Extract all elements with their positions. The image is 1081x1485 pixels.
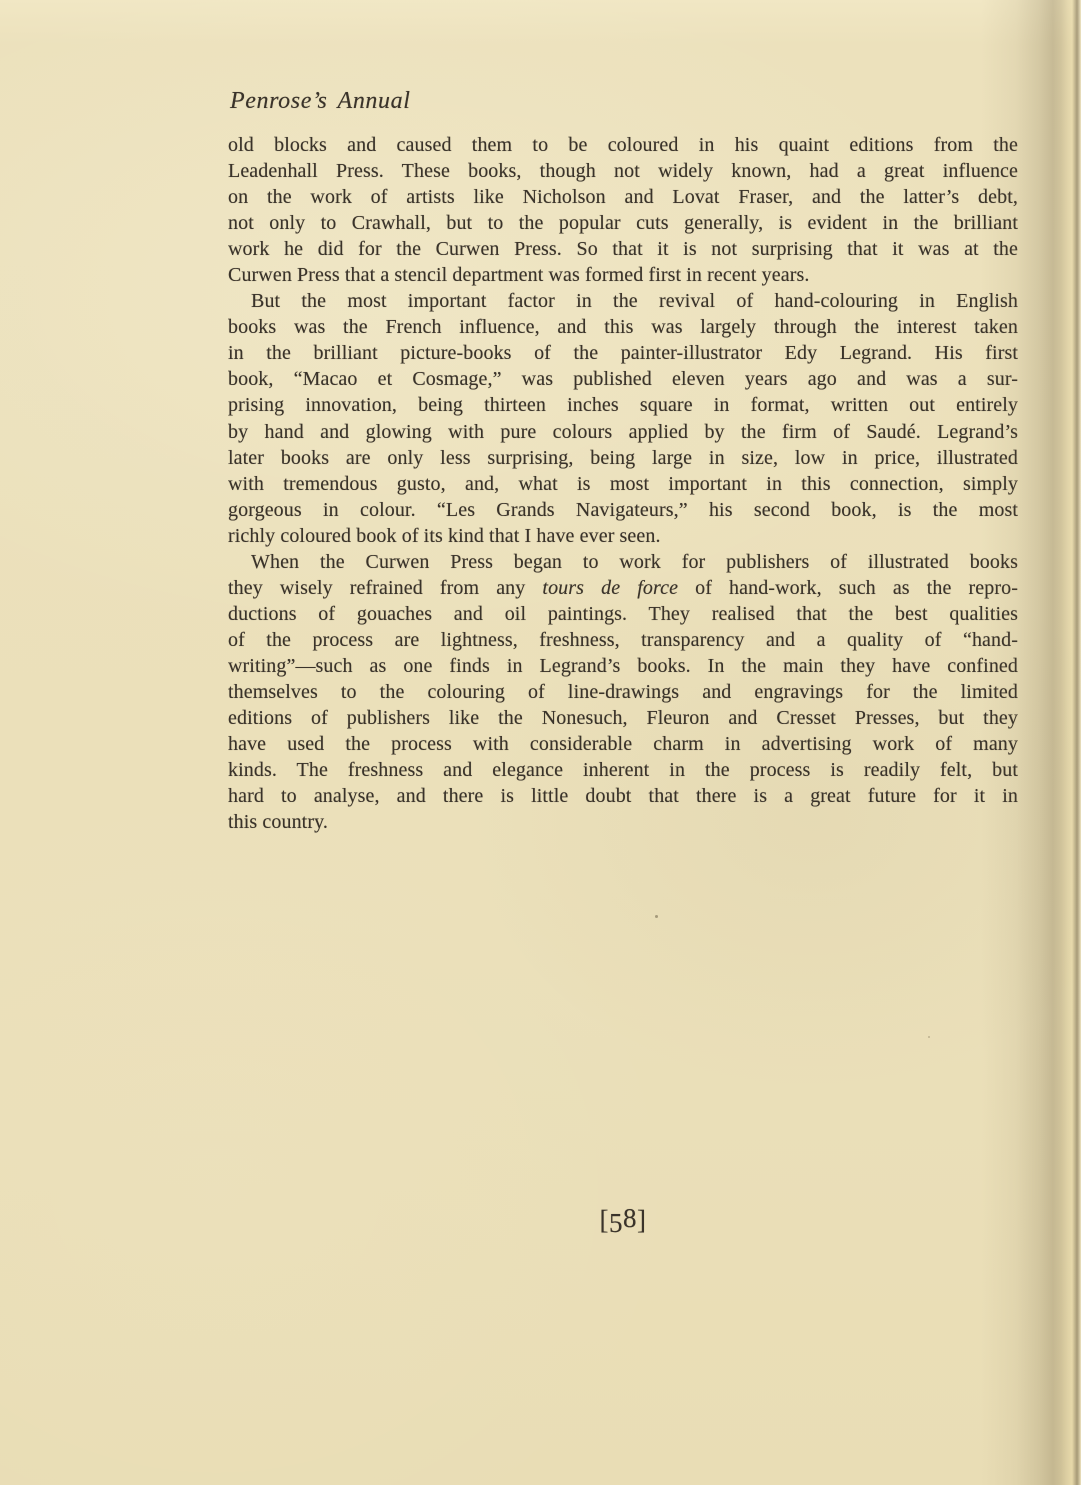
text-line: Leadenhall Press. These books, though no… [228, 158, 1018, 184]
paper-speck [655, 915, 658, 918]
page-number: [58] [228, 1205, 1018, 1236]
text-line: with tremendous gusto, and, what is most… [228, 471, 1018, 497]
page-number-bracket-open: [ [600, 1205, 610, 1235]
text-line: later books are only less surprising, be… [228, 445, 1018, 471]
text-line: this country. [228, 809, 1018, 835]
text-line: kinds. The freshness and elegance inhere… [228, 757, 1018, 783]
body-text: old blocks and caused them to be coloure… [228, 132, 1018, 835]
text-line: by hand and glowing with pure colours ap… [228, 419, 1018, 445]
text-line: ductions of gouaches and oil paintings. … [228, 601, 1018, 627]
text-line: have used the process with considerable … [228, 731, 1018, 757]
text-line: prising innovation, being thirteen inche… [228, 392, 1018, 418]
paragraph: old blocks and caused them to be coloure… [228, 132, 1018, 288]
text-line: When the Curwen Press began to work for … [228, 549, 1018, 575]
paper-speck [928, 1036, 930, 1038]
text-line: they wisely refrained from any tours de … [228, 575, 1018, 601]
text-line: Curwen Press that a stencil department w… [228, 262, 1018, 288]
text-line: in the brilliant picture-books of the pa… [228, 340, 1018, 366]
text-line: themselves to the colouring of line-draw… [228, 679, 1018, 705]
text-line: hard to analyse, and there is little dou… [228, 783, 1018, 809]
text-line: work he did for the Curwen Press. So tha… [228, 236, 1018, 262]
text-line: of the process are lightness, freshness,… [228, 627, 1018, 653]
page-number-bracket-close: ] [637, 1205, 647, 1235]
text-line: book, “Macao et Cosmage,” was published … [228, 366, 1018, 392]
text-line: old blocks and caused them to be coloure… [228, 132, 1018, 158]
page-number-digit: 5 [609, 1208, 623, 1238]
scanned-book-page: Penrose’s Annual old blocks and caused t… [0, 0, 1081, 1485]
paragraph: But the most important factor in the rev… [228, 288, 1018, 548]
text-line: on the work of artists like Nicholson an… [228, 184, 1018, 210]
text-line: richly coloured book of its kind that I … [228, 523, 1018, 549]
text-line: gorgeous in colour. “Les Grands Navigate… [228, 497, 1018, 523]
text-line: writing”—such as one finds in Legrand’s … [228, 653, 1018, 679]
page-number-digit: 8 [623, 1203, 637, 1233]
text-line: editions of publishers like the Nonesuch… [228, 705, 1018, 731]
text-line: not only to Crawhall, but to the popular… [228, 210, 1018, 236]
text-line: books was the French influence, and this… [228, 314, 1018, 340]
paragraph: When the Curwen Press began to work for … [228, 549, 1018, 836]
running-header: Penrose’s Annual [230, 88, 411, 115]
page-gutter-shadow [981, 0, 1081, 1485]
text-line: But the most important factor in the rev… [228, 288, 1018, 314]
